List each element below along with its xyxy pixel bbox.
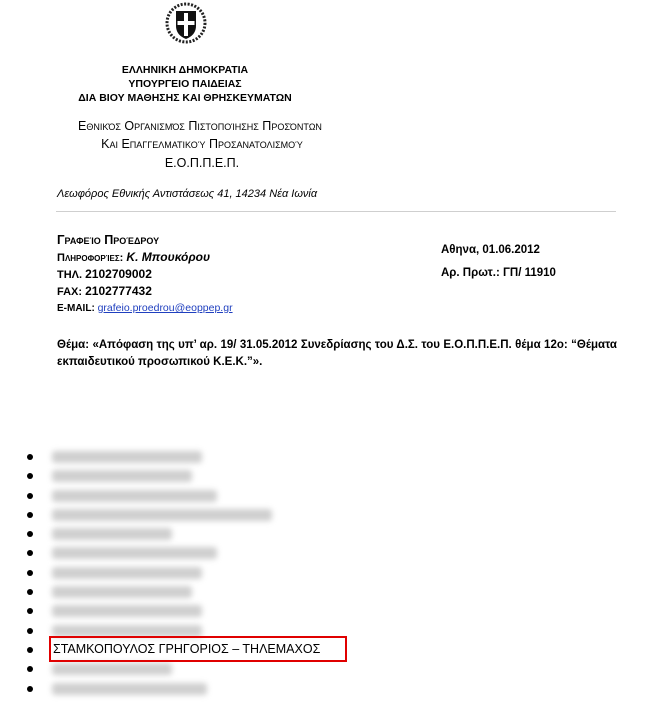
redacted-name bbox=[52, 509, 272, 521]
email-label: E-MAIL: bbox=[57, 303, 95, 314]
gov-line-1: ΕΛΛΗΝΙΚΗ ΔΗΜΟΚΡΑΤΙΑ bbox=[60, 63, 310, 77]
org-name-2: Και Επαγγελματικού Προσανατολισμού bbox=[101, 137, 303, 151]
redacted-name bbox=[52, 490, 217, 502]
bullet-icon bbox=[27, 686, 33, 692]
greek-coat-of-arms-icon bbox=[165, 2, 207, 44]
redacted-name bbox=[52, 470, 192, 482]
office-title: Γραφείο Προέδρου bbox=[57, 233, 159, 247]
date-line: Αθηνα, 01.06.2012 bbox=[441, 244, 540, 256]
bullet-icon bbox=[27, 454, 33, 460]
fax-value: 2102777432 bbox=[85, 284, 152, 298]
org-line-1: Εθνικός Οργανισμός Πιστοποίησης Προσόντω… bbox=[45, 118, 355, 135]
org-line-2: Και Επαγγελματικού Προσανατολισμού bbox=[52, 136, 352, 153]
info-label: Πληροφορίες: bbox=[57, 252, 123, 264]
bullet-icon bbox=[27, 608, 33, 614]
bullet-icon bbox=[27, 647, 33, 653]
subject: Θέμα: «Απόφαση της υπ’ αρ. 19/ 31.05.201… bbox=[57, 337, 617, 371]
tel-value: 2102709002 bbox=[85, 267, 152, 281]
redacted-name bbox=[52, 586, 192, 598]
redacted-name bbox=[52, 605, 202, 617]
bullet-icon bbox=[27, 473, 33, 479]
email-link[interactable]: grafeio.proedrou@eoppep.gr bbox=[98, 302, 233, 314]
bullet-icon bbox=[27, 531, 33, 537]
org-name-1: Εθνικός Οργανισμός Πιστοποίησης Προσόντω… bbox=[78, 119, 322, 133]
tel-row: ΤΗΛ. 2102709002 bbox=[57, 267, 152, 281]
redacted-name bbox=[52, 567, 202, 579]
protocol-line: Αρ. Πρωτ.: ΓΠ/ 11910 bbox=[441, 267, 556, 279]
tel-label: ΤΗΛ. bbox=[57, 269, 82, 281]
bullet-icon bbox=[27, 628, 33, 634]
info-row: Πληροφορίες: Κ. Μπουκόρου bbox=[57, 250, 210, 264]
bullet-icon bbox=[27, 589, 33, 595]
fax-label: FAX: bbox=[57, 286, 82, 298]
redacted-name bbox=[52, 625, 202, 637]
bullet-icon bbox=[27, 493, 33, 499]
gov-line-2: ΥΠΟΥΡΓΕΙΟ ΠΑΙΔΕΙΑΣ bbox=[60, 77, 310, 91]
fax-row: FAX: 2102777432 bbox=[57, 284, 152, 298]
info-value: Κ. Μπουκόρου bbox=[126, 250, 210, 264]
gov-line-3: ΔΙΑ ΒΙΟΥ ΜΑΘΗΣΗΣ ΚΑΙ ΘΡΗΣΚΕΥΜΑΤΩΝ bbox=[40, 91, 330, 105]
divider bbox=[56, 211, 616, 212]
org-acronym: Ε.Ο.Π.Π.Ε.Π. bbox=[72, 155, 332, 172]
redacted-name bbox=[52, 683, 207, 695]
bullet-icon bbox=[27, 570, 33, 576]
email-row: E-MAIL: grafeio.proedrou@eoppep.gr bbox=[57, 302, 233, 314]
redacted-name bbox=[52, 528, 172, 540]
bullet-icon bbox=[27, 550, 33, 556]
bullet-icon bbox=[27, 512, 33, 518]
redacted-name bbox=[52, 451, 202, 463]
bullet-icon bbox=[27, 666, 33, 672]
redacted-name bbox=[52, 547, 217, 559]
redacted-name bbox=[52, 663, 172, 675]
highlight-box bbox=[49, 636, 347, 662]
address: Λεωφόρος Εθνικής Αντιστάσεως 41, 14234 Ν… bbox=[57, 188, 317, 200]
